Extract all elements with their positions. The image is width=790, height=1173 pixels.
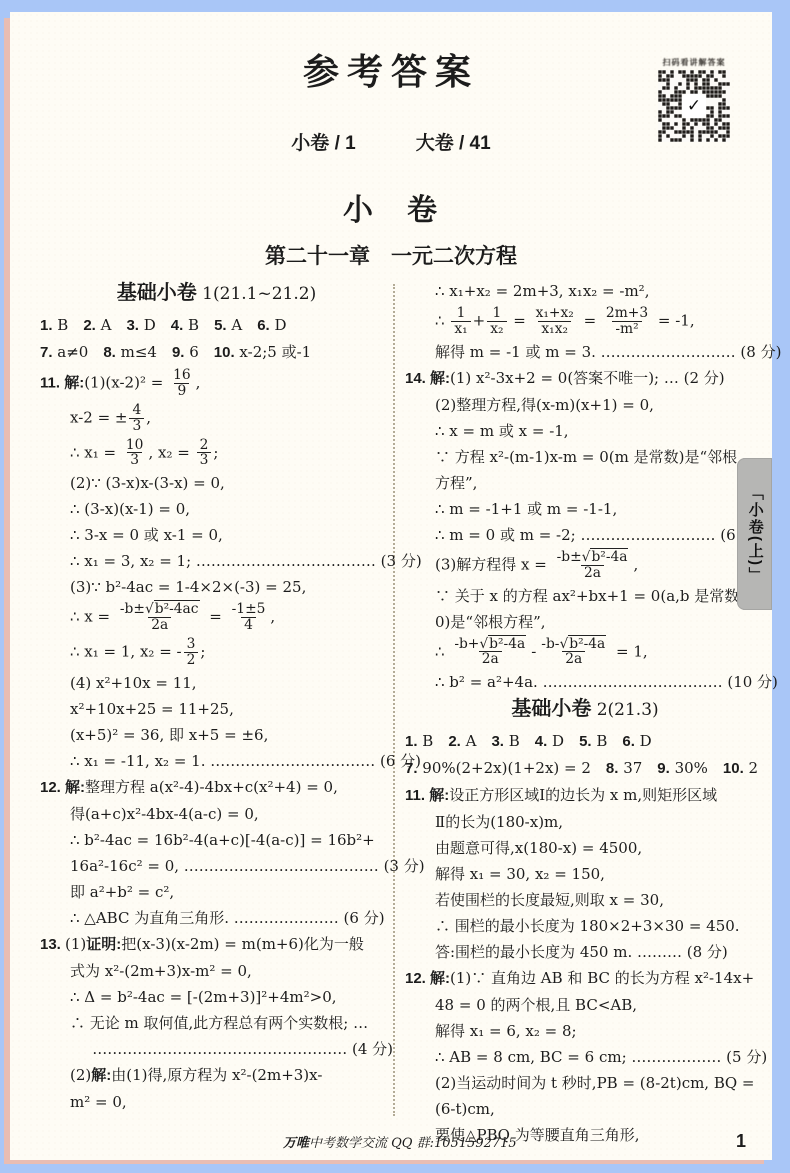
- radical-expression: √b²-4ac: [145, 600, 200, 617]
- solution-line: ∴ x₁+x₂ = 2m+3, x₁x₂ = -m²,: [435, 279, 765, 303]
- solution-line: 7. 90%(2+2x)(1+2x) = 2 8. 37 9. 30% 10. …: [405, 756, 765, 781]
- solution-line: ∴ 1x₁+1x₂ = x₁+x₂x₁x₂ = 2m+3-m² = -1,: [435, 305, 765, 338]
- small-paper-count: 小卷 / 1: [291, 128, 355, 155]
- page-number: 1: [736, 1132, 746, 1150]
- qr-caption: 扫码看讲解答案: [654, 57, 734, 68]
- solution-line: (2)整理方程,得(x-m)(x+1) = 0,: [435, 393, 765, 417]
- solution-line: ∴ Δ = b²-4ac = [-(2m+3)]²+4m²>0,: [70, 985, 393, 1009]
- solution-line: ∴ △ABC 为直角三角形. ………………… (6 分): [70, 906, 393, 930]
- solution-line: ∴ x₁ = 1, x₂ = -32;: [70, 636, 393, 669]
- solution-line: ∴ m = 0 或 m = -2; ……………………… (6 分): [435, 523, 765, 547]
- solution-line: ∴ 围栏的最小长度为 180×2+3×30 = 450.: [435, 914, 765, 938]
- solution-line: ∴ 3-x = 0 或 x-1 = 0,: [70, 523, 393, 547]
- qr-code: ✓: [658, 70, 730, 142]
- solution-line: 解得 x₁ = 6, x₂ = 8;: [435, 1019, 765, 1043]
- section-title: 小 卷: [10, 196, 772, 226]
- fraction: 1x₂: [487, 306, 506, 337]
- solution-line: 0)是“邻根方程”,: [435, 610, 765, 634]
- solution-line: 方程”,: [435, 471, 765, 495]
- solution-line: ∴ x = m 或 x = -1,: [435, 419, 765, 443]
- solution-line: 若使围栏的长度最短,则取 x = 30,: [435, 888, 765, 912]
- radical-expression: √b²-4a: [559, 635, 606, 652]
- scanned-answer-page: 参考答案 小卷 / 1 大卷 / 41 扫码看讲解答案 ✓ 小 卷 第二十一章 …: [0, 0, 790, 1173]
- page-footer: 万唯中考数学交流 QQ 群:1051592715 1: [10, 1132, 772, 1151]
- solution-line: (2)解:由(1)得,原方程为 x²-(2m+3)x-: [70, 1063, 393, 1088]
- solution-line: 12. 解:(1)∵ 直角边 AB 和 BC 的长为方程 x²-14x+: [405, 966, 765, 991]
- solution-line: 12. 解:整理方程 a(x²-4)-4bx+c(x²+4) = 0,: [40, 775, 393, 800]
- solution-line: 答:围栏的最小长度为 450 m. ……… (8 分): [435, 940, 765, 964]
- solution-line: 11. 解:设正方形区域Ⅰ的边长为 x m,则矩形区域: [405, 783, 765, 808]
- solution-line: m² = 0,: [70, 1090, 393, 1114]
- solution-line: x²+10x+25 = 11+25,: [70, 697, 393, 721]
- brand-logo: 万唯: [283, 1135, 309, 1150]
- solution-line: 1. B 2. A 3. B 4. D 5. B 6. D: [405, 729, 765, 754]
- solution-line: (3)∵ b²-4ac = 1-4×2×(-3) = 25,: [70, 575, 393, 599]
- solution-line: 7. a≠0 8. m≤4 9. 6 10. x-2;5 或-1: [40, 340, 393, 365]
- solution-line: 14. 解:(1) x²-3x+2 = 0(答案不唯一); … (2 分): [405, 366, 765, 391]
- solution-line: (2)∵ (3-x)x-(3-x) = 0,: [70, 471, 393, 495]
- fraction: 169: [170, 368, 194, 399]
- checkmark-icon: ✓: [682, 94, 706, 118]
- subsection-heading: 基础小卷 2(21.3): [405, 696, 765, 724]
- solution-line: (x+5)² = 36, 即 x+5 = ±6,: [70, 723, 393, 747]
- fraction: 43: [129, 403, 144, 434]
- solution-line: 13. (1)证明:把(x-3)(x-2m) = m(m+6)化为一般: [40, 932, 393, 957]
- solution-line: 解得 x₁ = 30, x₂ = 150,: [435, 862, 765, 886]
- fraction: -b±√b²-4ac2a: [117, 602, 203, 633]
- solution-line: ∴ b² = a²+4a. ……………………………… (10 分): [435, 670, 765, 694]
- footer-community-text: 万唯中考数学交流 QQ 群:1051592715: [283, 1132, 517, 1151]
- solution-line: 由题意可得,x(180-x) = 4500,: [435, 836, 765, 860]
- qr-block: 扫码看讲解答案 ✓: [654, 57, 734, 142]
- solution-line: ∴ AB = 8 cm, BC = 6 cm; ……………… (5 分): [435, 1045, 765, 1069]
- solution-line: ∴ x₁ = -11, x₂ = 1. …………………………… (6 分): [70, 749, 393, 773]
- solution-line: 解得 m = -1 或 m = 3. ……………………… (8 分): [435, 340, 765, 364]
- radical-expression: √b²-4a: [582, 548, 629, 565]
- solution-line: 得(a+c)x²-4bx-4(a-c) = 0,: [70, 802, 393, 826]
- fraction: -b+√b²-4a2a: [451, 637, 529, 668]
- fraction: -1±54: [229, 602, 269, 633]
- solution-line: 1. B 2. A 3. D 4. B 5. A 6. D: [40, 313, 393, 338]
- fraction: 2m+3-m²: [603, 306, 651, 337]
- solution-line: x-2 = ±43,: [70, 402, 393, 435]
- solution-line: ∴ m = -1+1 或 m = -1-1,: [435, 497, 765, 521]
- fraction: 103: [123, 438, 147, 469]
- solution-line: (3)解方程得 x = -b±√b²-4a2a,: [435, 549, 765, 582]
- fraction: 1x₁: [451, 306, 470, 337]
- chapter-title: 第二十一章 一元二次方程: [10, 246, 772, 267]
- paper-sheet: 参考答案 小卷 / 1 大卷 / 41 扫码看讲解答案 ✓ 小 卷 第二十一章 …: [10, 12, 772, 1160]
- qq-group-text: 中考数学交流 QQ 群:1051592715: [309, 1136, 517, 1151]
- solution-line: 式为 x²-(2m+3)x-m² = 0,: [70, 959, 393, 983]
- solution-line: 即 a²+b² = c²,: [70, 880, 393, 904]
- side-tab-label: 「小卷(上)」: [746, 485, 763, 584]
- fraction: -b-√b²-4a2a: [538, 637, 609, 668]
- solution-line: ∵ 关于 x 的方程 ax²+bx+1 = 0(a,b 是常数,a>: [435, 584, 765, 608]
- solution-line: ∴ -b+√b²-4a2a--b-√b²-4a2a = 1,: [435, 636, 765, 669]
- column-divider: [393, 284, 395, 1116]
- solution-line: ∴ (3-x)(x-1) = 0,: [70, 497, 393, 521]
- solution-line: ∴ x = -b±√b²-4ac2a = -1±54,: [70, 601, 393, 634]
- solution-line: (6-t)cm,: [435, 1097, 765, 1121]
- solution-line: ∴ 无论 m 取何值,此方程总有两个实数根; …: [70, 1011, 393, 1035]
- radical-expression: √b²-4a: [479, 635, 526, 652]
- left-answer-column: 基础小卷 1(21.1~21.2)1. B 2. A 3. D 4. B 5. …: [40, 279, 393, 1116]
- solution-line: 48 = 0 的两个根,且 BC<AB,: [435, 993, 765, 1017]
- fraction: 32: [184, 637, 199, 668]
- solution-line: ∵ 方程 x²-(m-1)x-m = 0(m 是常数)是“邻根: [435, 445, 765, 469]
- right-answer-column: ∴ x₁+x₂ = 2m+3, x₁x₂ = -m²,∴ 1x₁+1x₂ = x…: [405, 279, 765, 1149]
- solution-line: ∴ b²-4ac = 16b²-4(a+c)[-4(a-c)] = 16b²+: [70, 828, 393, 852]
- solution-line: ∴ x₁ = 3, x₂ = 1; ……………………………… (3 分): [70, 549, 393, 573]
- fraction: -b±√b²-4a2a: [554, 550, 632, 581]
- side-tab-booklet-volume: 「小卷(上)」: [737, 458, 772, 610]
- fraction: x₁+x₂x₁x₂: [533, 306, 577, 337]
- solution-line: 16a²-16c² = 0, ………………………………… (3 分): [70, 854, 393, 878]
- solution-line: (4) x²+10x = 11,: [70, 671, 393, 695]
- large-paper-count: 大卷 / 41: [416, 128, 491, 155]
- solution-line: ∴ x₁ = 103, x₂ = 23;: [70, 437, 393, 470]
- solution-line: (2)当运动时间为 t 秒时,PB = (8-2t)cm, BQ =: [435, 1071, 765, 1095]
- solution-line: Ⅱ的长为(180-x)m,: [435, 810, 765, 834]
- fraction: 23: [197, 438, 212, 469]
- solution-line: …………………………………………… (4 分): [70, 1037, 393, 1061]
- solution-line: 11. 解:(1)(x-2)² = 169,: [40, 367, 393, 400]
- subsection-heading: 基础小卷 1(21.1~21.2): [40, 280, 393, 308]
